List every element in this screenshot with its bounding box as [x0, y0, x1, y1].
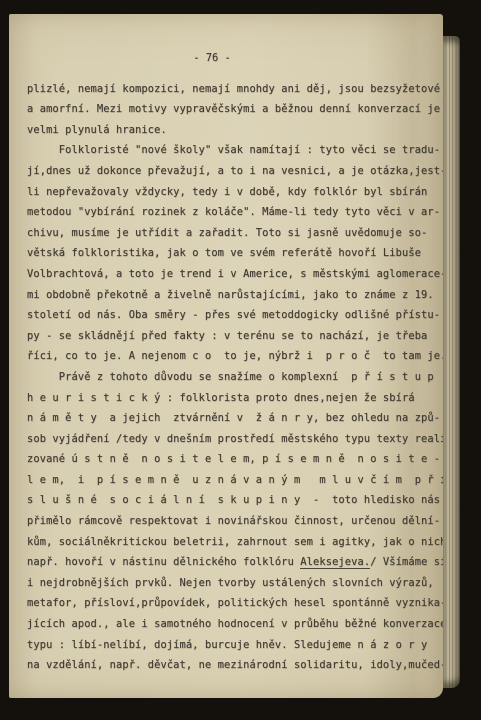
- page-number: - 76 -: [0, 14, 429, 69]
- text-block: plizlé, nemají kompozici, nemají mnohdy …: [9, 79, 443, 676]
- text-line: zované ú s t n ě n o s i t e l e m, p í …: [27, 449, 443, 470]
- text-line: na vzdělání, např. děvčat, ne mezinárodn…: [27, 655, 443, 676]
- text-line: typu : líbí-nelíbí, dojímá, burcuje hněv…: [27, 635, 443, 656]
- text-line: např. hovoří v nástinu dělnického folkló…: [27, 552, 443, 573]
- text-line: kům, sociálněkritickou beletrii, zahrnou…: [27, 532, 443, 553]
- text-line: a amorfní. Mezi motivy vypravěčskými a b…: [27, 99, 443, 120]
- text-line: jících apod., ale i samotného hodnocení …: [27, 614, 443, 635]
- text-line: říci, co to je. A nejenom c o to je, nýb…: [27, 346, 443, 367]
- text-line: li nepřevažovaly vždycky, tedy i v době,…: [27, 182, 443, 203]
- text-line: metodou "vybírání rozinek z koláče". Mám…: [27, 202, 443, 223]
- text-line: přimělo rámcově respektovat i novinářsko…: [27, 511, 443, 532]
- text-line: mi obdobně překotně a živelně narůstajíc…: [27, 285, 443, 306]
- text-line: jí,dnes už dokonce převažují, a to i na …: [27, 161, 443, 182]
- text-line: Volbrachtová, a toto je trend i v Americ…: [27, 264, 443, 285]
- text-line: i nejdrobnějších prvků. Nejen tvorby ust…: [27, 573, 443, 594]
- text-line: velmi plynulá hranice.: [27, 120, 443, 141]
- text-line: století od nás. Oba směry - přes své met…: [27, 305, 443, 326]
- text-line: metafor, přísloví,průpovídek, politickýc…: [27, 593, 443, 614]
- scanned-book-photo: - 76 - plizlé, nemají kompozici, nemají …: [0, 0, 481, 720]
- text-line: s l u š n é s o c i á l n í s k u p i n …: [27, 490, 443, 511]
- text-line: plizlé, nemají kompozici, nemají mnohdy …: [27, 79, 443, 100]
- text-line: l e m, i p í s e m n ě u z n á v a n ý m…: [27, 470, 443, 491]
- text-line: Právě z tohoto důvodu se snažíme o kompl…: [27, 367, 443, 388]
- text-line: chivu, musíme je utřídit a zařadit. Toto…: [27, 223, 443, 244]
- underlined-name: Aleksejeva.: [300, 556, 370, 569]
- text-line: větská folkloristika, jak o tom ve svém …: [27, 243, 443, 264]
- page-edges-icon: [443, 36, 460, 688]
- text-line: Folkloristé "nové školy" však namítají :…: [27, 140, 443, 161]
- text-line: py - se skládnějí před fakty : v terénu …: [27, 326, 443, 347]
- text-line: n á m ě t y a jejich ztvárnění v ž á n r…: [27, 408, 443, 429]
- book-page: - 76 - plizlé, nemají kompozici, nemají …: [9, 14, 443, 698]
- text-line: sob vyjádření /tedy v dnešním prostředí …: [27, 429, 443, 450]
- text-line: h e u r i s t i c k ý : folklorista prot…: [27, 388, 443, 409]
